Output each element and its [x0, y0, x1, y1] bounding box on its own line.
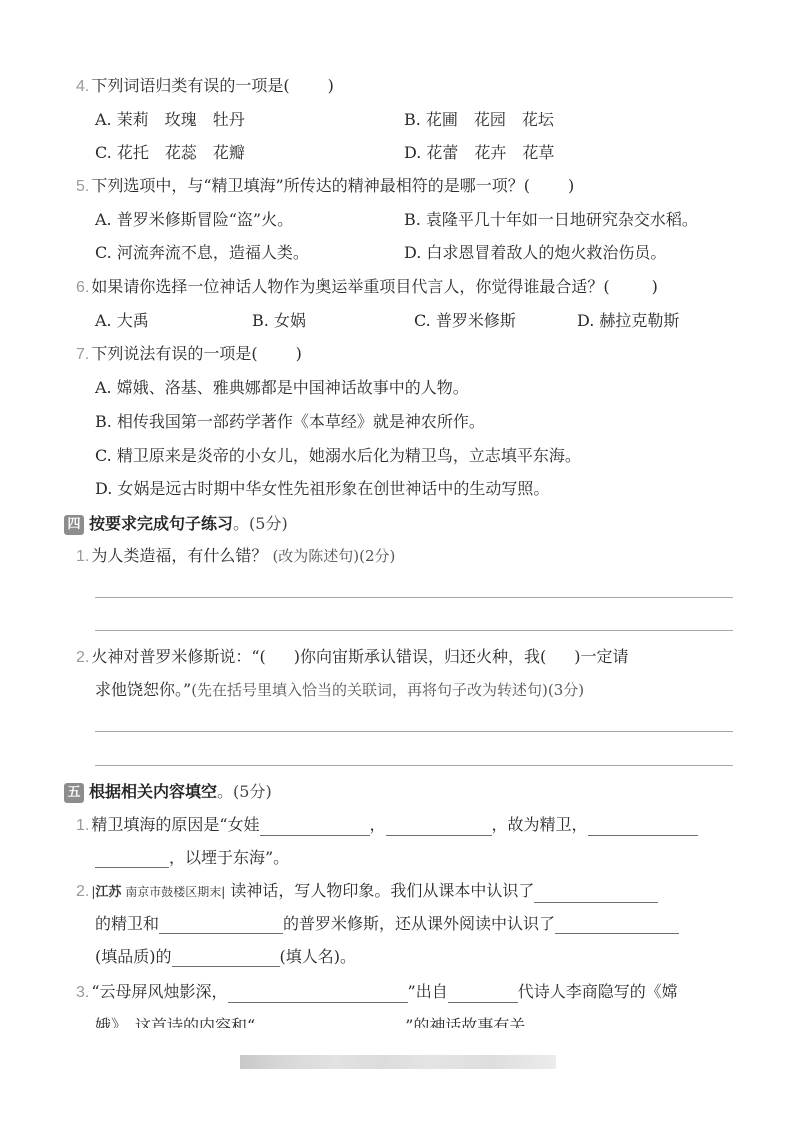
question-hint: (改为陈述句)(2分)	[272, 547, 395, 565]
section4-question-2: 2.火神对普罗米修斯说：“()你向宙斯承认错误，归还火种，我()一定请	[76, 647, 629, 668]
section5-question-1: 1.精卫填海的原因是“女娃，，故为精卫，	[76, 815, 698, 836]
option-a[interactable]: A. 大禹	[95, 311, 149, 331]
option-b[interactable]: B. 相传我国第一部药学著作《本草经》就是神农所作。	[95, 412, 485, 432]
section4-question-2-cont: 求他饶恕你。”(先在括号里填入恰当的关联词，再将句子改为转述句)(3分)	[95, 680, 584, 700]
question-number: 5.	[76, 178, 89, 195]
fill-blank[interactable]	[260, 817, 370, 836]
section-5-heading: 五根据相关内容填空。(5分)	[64, 781, 272, 803]
option-b[interactable]: B. 花圃 花园 花坛	[404, 110, 554, 130]
answer-line[interactable]	[95, 731, 733, 732]
option-b[interactable]: B. 袁隆平几十年如一日地研究杂交水稻。	[404, 210, 698, 230]
option-c[interactable]: C. 花托 花蕊 花瓣	[95, 143, 245, 163]
section-score: 。(5分)	[217, 782, 272, 801]
question-text: 如果请你选择一位神话人物作为奥运举重项目代言人，你觉得谁最合适？(	[91, 277, 609, 296]
question-number: 4.	[76, 78, 89, 95]
section-number-badge: 四	[64, 515, 84, 535]
fill-blank[interactable]	[95, 849, 169, 868]
question-5: 5.下列选项中，与“精卫填海”所传达的精神最相符的是哪一项？()	[76, 176, 574, 197]
option-b[interactable]: B. 女娲	[252, 311, 306, 331]
option-a[interactable]: A. 普罗米修斯冒险“盗”火。	[95, 210, 293, 230]
question-7: 7.下列说法有误的一项是()	[76, 344, 302, 365]
section5-question-2-cont: 的精卫和的普罗米修斯，还从课外阅读中认识了	[95, 914, 679, 934]
blurred-footer-bar	[240, 1055, 556, 1069]
fill-blank[interactable]	[172, 948, 280, 967]
fill-blank[interactable]	[159, 915, 283, 934]
fill-blank[interactable]	[448, 984, 518, 1003]
option-a[interactable]: A. 茉莉 玫瑰 牡丹	[95, 110, 245, 130]
fill-blank[interactable]	[555, 915, 679, 934]
answer-line[interactable]	[95, 597, 733, 598]
section5-question-2: 2.|江苏 南京市鼓楼区期末| 读神话，写人物印象。我们从课本中认识了	[76, 881, 658, 903]
fill-blank[interactable]	[534, 884, 658, 903]
question-text: 下列说法有误的一项是(	[91, 344, 257, 363]
section5-question-3: 3.“云母屏风烛影深，”出自代诗人李商隐写的《嫦	[76, 982, 678, 1003]
answer-line[interactable]	[95, 765, 733, 766]
option-d[interactable]: D. 赫拉克勒斯	[577, 311, 679, 331]
fill-blank[interactable]	[588, 817, 698, 836]
question-text: 下列选项中，与“精卫填海”所传达的精神最相符的是哪一项？(	[91, 176, 530, 195]
question-4: 4.下列词语归类有误的一项是()	[76, 76, 334, 97]
option-c[interactable]: C. 精卫原来是炎帝的小女儿，她溺水后化为精卫鸟，立志填平东海。	[95, 446, 581, 466]
question-text: 为人类造福，有什么错？	[91, 546, 267, 565]
question-6: 6.如果请你选择一位神话人物作为奥运举重项目代言人，你觉得谁最合适？()	[76, 277, 658, 298]
question-text: 下列词语归类有误的一项是(	[91, 76, 289, 95]
section-title: 按要求完成句子练习	[89, 514, 233, 533]
option-d[interactable]: D. 白求恩冒着敌人的炮火救治伤员。	[404, 243, 666, 263]
option-d[interactable]: D. 花蕾 花卉 花草	[404, 143, 554, 163]
section-4-heading: 四按要求完成句子练习。(5分)	[64, 513, 288, 535]
fill-blank[interactable]	[228, 984, 408, 1003]
section5-question-1-cont: ，以堙于东海”。	[95, 848, 289, 868]
section4-question-1: 1.为人类造福，有什么错？ (改为陈述句)(2分)	[76, 546, 395, 567]
option-c[interactable]: C. 普罗米修斯	[414, 311, 516, 331]
question-number: 6.	[76, 279, 89, 296]
section5-question-2-cont2: (填品质)的(填人名)。	[95, 947, 356, 967]
source-tag: |江苏 南京市鼓楼区期末|	[91, 885, 225, 899]
section-score: 。(5分)	[233, 514, 288, 533]
fill-blank[interactable]	[386, 817, 492, 836]
section-number-badge: 五	[64, 783, 84, 803]
option-c[interactable]: C. 河流奔流不息，造福人类。	[95, 243, 309, 263]
option-a[interactable]: A. 嫦娥、洛基、雅典娜都是中国神话故事中的人物。	[95, 378, 469, 398]
option-d[interactable]: D. 女娲是远古时期中华女性先祖形象在创世神话中的生动写照。	[95, 479, 549, 499]
question-hint: (先在括号里填入恰当的关联词，再将句子改为转述句)(3分)	[191, 681, 584, 699]
section5-question-3-cont-cropped: 娥》，这首诗的内容和“”的神话故事有关。	[95, 1016, 541, 1028]
answer-line[interactable]	[95, 630, 733, 631]
question-number: 7.	[76, 346, 89, 363]
section-title: 根据相关内容填空	[89, 782, 217, 801]
